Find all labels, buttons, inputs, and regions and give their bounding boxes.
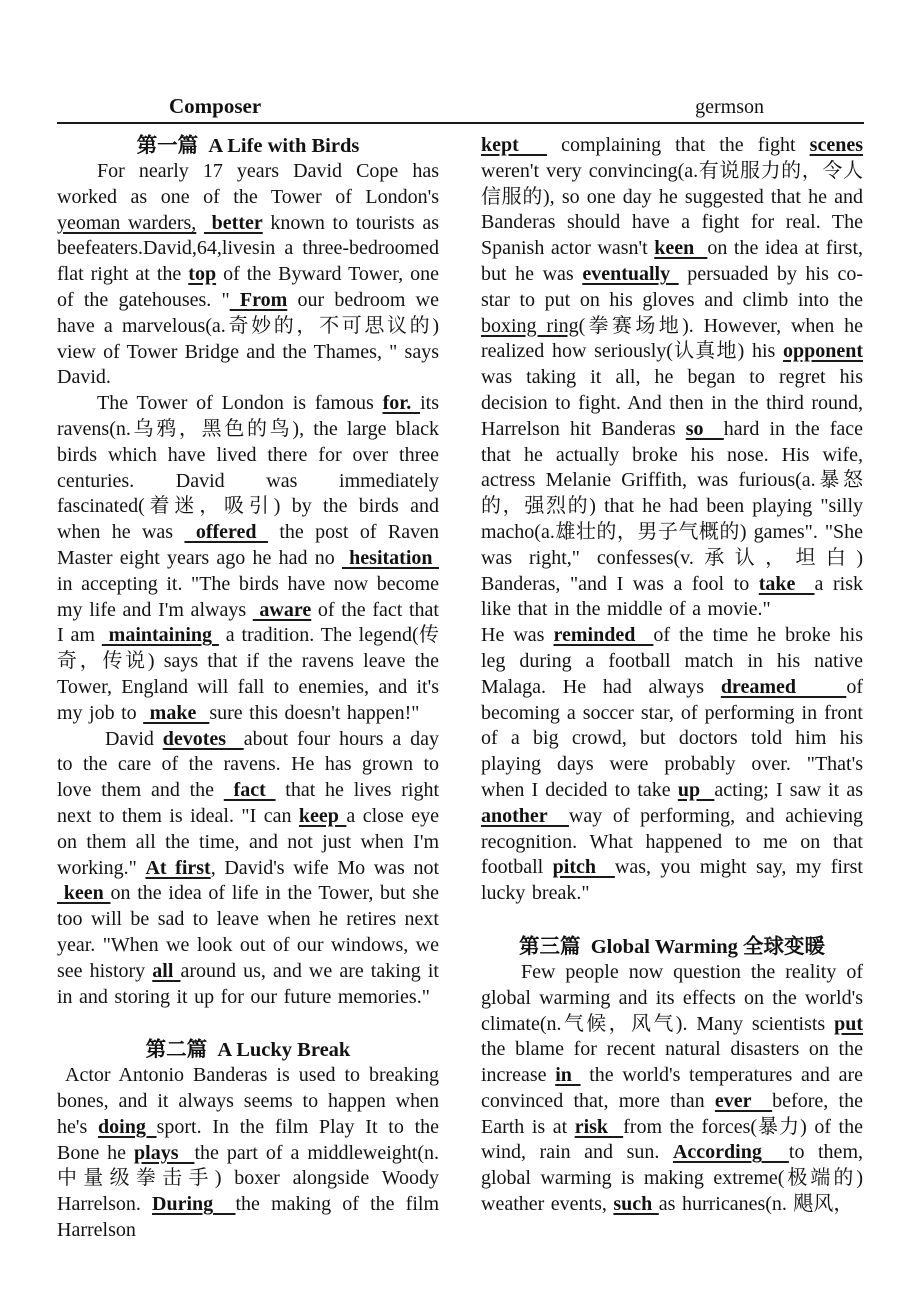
document-page: Composer germson 第一篇 A Life with BirdsFo… (0, 0, 920, 1306)
answer-blank: fact (224, 779, 276, 801)
text-run: complaining that the fight (547, 134, 810, 156)
answer-blank: pitch (553, 856, 615, 878)
underlined-text: yeoman warders, (57, 212, 196, 234)
answer-blank: put (834, 1013, 863, 1035)
answer-blank: make (143, 702, 209, 724)
paragraph: For nearly 17 years David Cope has worke… (57, 159, 439, 391)
underlined-text: boxing ring (481, 315, 579, 337)
paragraph: The Tower of London is famous for. its r… (57, 391, 439, 726)
text-run: He was (481, 624, 554, 646)
answer-blank: At first (145, 857, 210, 879)
header-title: Composer (169, 94, 261, 119)
left-column: 第一篇 A Life with BirdsFor nearly 17 years… (57, 133, 439, 1244)
text-run (196, 212, 204, 234)
answer-blank: top (188, 263, 216, 285)
text-run: Few people now question the reality of g… (481, 961, 863, 1035)
answer-blank: keep (299, 805, 346, 827)
answer-blank: From (230, 289, 288, 311)
text-run: hard in the face that he actually broke … (481, 418, 863, 595)
answer-blank: keen (654, 237, 707, 259)
text-run: The Tower of London is famous (97, 392, 383, 414)
paragraph: He was reminded of the time he broke his… (481, 623, 863, 907)
paragraph: Actor Antonio Banderas is used to breaki… (57, 1063, 439, 1244)
answer-blank: keen (57, 882, 110, 904)
text-run: as hurricanes(n. 飓风， (659, 1193, 854, 1215)
two-column-body: 第一篇 A Life with BirdsFor nearly 17 years… (57, 133, 864, 1244)
answer-blank: During (152, 1193, 235, 1215)
answer-blank: aware (253, 599, 312, 621)
text-run: , David's wife Mo was not (211, 857, 439, 879)
text-run: sure this doesn't happen!" (209, 702, 419, 724)
answer-blank: offered (184, 521, 267, 543)
text-run: For nearly 17 years David Cope has worke… (57, 160, 439, 208)
answer-blank: better (204, 212, 263, 234)
answer-blank: opponent (783, 340, 863, 362)
answer-blank: another (481, 805, 569, 827)
answer-blank: eventually (582, 263, 678, 285)
answer-blank: for. (383, 392, 421, 414)
answer-blank: such (613, 1193, 658, 1215)
answer-blank: According (673, 1141, 789, 1163)
section-title: 第三篇 Global Warming 全球变暖 (481, 934, 863, 960)
answer-blank: ever (715, 1090, 772, 1112)
text-run: acting; I saw it as (714, 779, 863, 801)
answer-blank: devotes (163, 728, 244, 750)
answer-blank: plays (134, 1142, 194, 1164)
answer-blank: doing (98, 1116, 157, 1138)
paragraph: Few people now question the reality of g… (481, 960, 863, 1218)
answer-blank: so (686, 418, 724, 440)
answer-blank: scenes (810, 134, 863, 156)
answer-blank: up (678, 779, 715, 801)
paragraph: kept complaining that the fight scenes w… (481, 133, 863, 623)
answer-blank: reminded (554, 624, 654, 646)
answer-blank: in (555, 1064, 580, 1086)
section-title: 第二篇 A Lucky Break (57, 1037, 439, 1063)
answer-blank: take (759, 573, 815, 595)
header-author: germson (695, 96, 764, 119)
paragraph: David devotes about four hours a day to … (57, 727, 439, 1011)
page-header: Composer germson (57, 94, 864, 124)
answer-blank: hesitation (342, 547, 439, 569)
answer-blank: maintaining (102, 624, 219, 646)
answer-blank: kept (481, 134, 547, 156)
section-title: 第一篇 A Life with Birds (57, 133, 439, 159)
answer-blank: risk (575, 1116, 623, 1138)
answer-blank: dreamed (721, 676, 847, 698)
answer-blank: all (152, 960, 180, 982)
text-run: David (105, 728, 163, 750)
right-column: kept complaining that the fight scenes w… (481, 133, 863, 1244)
